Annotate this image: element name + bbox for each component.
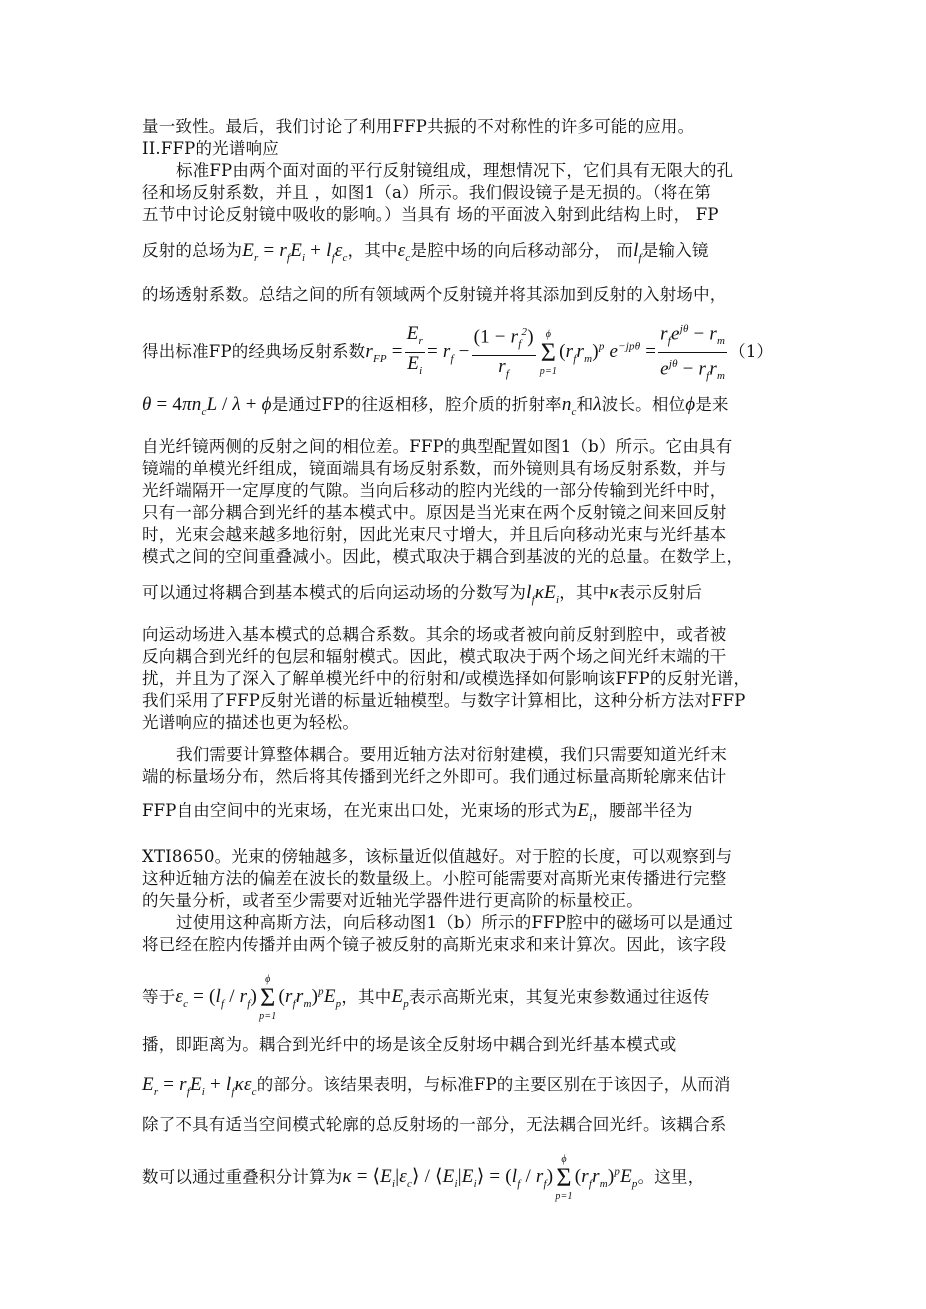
text-span: 表示反射后 [619, 583, 703, 602]
text-line: 只有一部分耦合到光纤的基本模式中。原因是当光束在两个反射镜之间来回反射 [142, 502, 792, 524]
text-line: 这种近轴方法的偏差在波长的数量级上。小腔可能需要对高斯光束传播进行完整 [142, 868, 792, 890]
equation-eps-sum: εc = (lf / rf)ϕΣp=1(rfrm)pEp [175, 986, 341, 1007]
text-span: 得出标准FP的经典场反射系数 [142, 342, 365, 361]
text-line: 五节中讨论反射镜中吸收的影响。）当具有 场的平面波入射到此结构上时， FP [142, 204, 792, 226]
equation-ep: Ep [391, 986, 409, 1007]
text-line: 自光纤镜两侧的反射之间的相位差。FFP的典型配置如图1（b）所示。它由具有 [142, 436, 792, 458]
text-line: 向运动场进入基本模式的总耦合系数。其余的场或者被向前反射到腔中，或者被 [142, 624, 792, 646]
text-span: ，其中 [559, 583, 609, 602]
text-span: ，其中 [341, 987, 391, 1006]
text-span: 的部分。该结果表明，与标准FP的主要区别在于该因子，从而消 [257, 1075, 731, 1094]
text-line: 镜端的单模光纤组成，镜面端具有场反射系数，而外镜则具有场反射系数，并与 [142, 458, 792, 480]
text-line: 扰，并且为了深入了解单模光纤中的衍射和/或模选择如何影响该FFP的反射光谱， [142, 668, 792, 690]
text-line: 将已经在腔内传播并由两个镜子被反射的高斯光束求和来计算次。因此，该字段 [142, 934, 792, 956]
text-span: 反射的总场为 [142, 241, 242, 260]
text-line: 过使用这种高斯方法，向后移动图1（b）所示的FFP腔中的磁场可以是通过 [176, 912, 826, 934]
text-line: 除了不具有适当空间模式轮廓的总反射场的一部分，无法耦合回光纤。该耦合系 [142, 1114, 792, 1136]
section-heading: II.FFP的光谱响应 [142, 138, 792, 160]
text-line: 时，光束会越来越多地衍射，因此光束尺寸增大，并且后向移动光束与光纤基本 [142, 524, 792, 546]
text-span: 波长。相位 [602, 395, 686, 414]
text-span: 等于 [142, 987, 175, 1006]
text-span: 是输入镜 [642, 241, 709, 260]
text-line: 光纤端隔开一定厚度的气隙。当向后移动的腔内光线的一部分传输到光纤中时， [142, 480, 792, 502]
text-line: FFP自由空间中的光束场，在光束出口处，光束场的形式为Ei，腰部半径为 [142, 800, 792, 829]
text-line: 我们采用了FFP反射光谱的标量近轴模型。与数字计算相比，这种分析方法对FFP [142, 690, 792, 712]
text-span: 是通过FP的往返相移，腔介质的折射率 [272, 395, 562, 414]
text-line: 的矢量分析，或者至少需要对近轴光学器件进行更高阶的标量校正。 [142, 890, 792, 912]
equation-kappa: κ [609, 582, 618, 603]
text-line: 端的标量场分布，然后将其传播到光纤之外即可。我们通过标量高斯轮廓来估计 [142, 766, 792, 788]
equation-er2: Er = rfEi + lfκεc [142, 1074, 257, 1095]
equation-lf: lf [633, 240, 642, 261]
text-line: θ = 4πncL / λ + ϕ是通过FP的往返相移，腔介质的折射率nc和λ波… [142, 394, 792, 423]
equation-ei: Ei [577, 800, 592, 821]
text-line: 量一致性。最后，我们讨论了利用FFP共振的不对称性的许多可能的应用。 [142, 116, 792, 138]
text-span: 是腔中场的向后移动部分， 而 [411, 241, 634, 260]
text-line: 标准FP由两个面对面的平行反射镜组成，理想情况下，它们具有无限大的孔 [176, 160, 826, 182]
text-line: 反向耦合到光纤的包层和辐射模式。因此，模式取决于两个场之间光纤末端的干 [142, 646, 792, 668]
text-span: FFP自由空间中的光束场，在光束出口处，光束场的形式为 [142, 801, 577, 820]
text-span: ，其中 [348, 241, 398, 260]
equation-er: Er = rfEi + lfεc [242, 240, 347, 261]
equation-lfkei: lfκEi [526, 582, 559, 603]
equation-phi: ϕ [685, 394, 695, 415]
equation-line-1: 得出标准FP的经典场反射系数rFP =ErEi= rf −(1 − rf2)rf… [142, 318, 792, 387]
text-span: 和 [577, 395, 594, 414]
equation-line-3: 数可以通过重叠积分计算为κ = ⟨Ei|εc⟩ / ⟨Ei|Ei⟩ = (lf … [142, 1150, 792, 1206]
text-span: ，腰部半径为 [592, 801, 692, 820]
equation-number: （1） [729, 342, 773, 361]
text-line: 模式之间的空间重叠减小。因此，模式取决于耦合到基波的光的总量。在数学上， [142, 546, 792, 568]
text-line: 光谱响应的描述也更为轻松。 [142, 712, 792, 734]
equation-kappa-def: κ = ⟨Ei|εc⟩ / ⟨Ei|Ei⟩ = (lf / rf)ϕΣp=1(r… [342, 1166, 637, 1187]
document-page: 量一致性。最后，我们讨论了利用FFP共振的不对称性的许多可能的应用。 II.FF… [0, 0, 926, 1309]
text-line: 径和场反射系数，并且 ，如图1（a）所示。我们假设镜子是无损的。（将在第 [142, 182, 792, 204]
text-line: 的场透射系数。总结之间的所有领域两个反射镜并将其添加到反射的入射场中， [142, 284, 792, 306]
text-span: 是来 [695, 395, 728, 414]
equation-rfp: rFP =ErEi= rf −(1 − rf2)rfϕΣp=1(rfrm)p e… [365, 341, 729, 362]
text-line: 播，即距离为。耦合到光纤中的场是该全反射场中耦合到光纤基本模式或 [142, 1034, 792, 1056]
text-line: 可以通过将耦合到基本模式的后向运动场的分数写为lfκEi，其中κ表示反射后 [142, 582, 792, 611]
text-line: XTI8650。光束的傍轴越多，该标量近似值越好。对于腔的长度，可以观察到与 [142, 846, 792, 868]
text-line: 反射的总场为Er = rfEi + lfεc，其中εc是腔中场的向后移动部分， … [142, 240, 792, 269]
text-span: 数可以通过重叠积分计算为 [142, 1167, 342, 1186]
text-span: 表示高斯光束，其复光束参数通过往返传 [409, 987, 710, 1006]
text-line: Er = rfEi + lfκεc的部分。该结果表明，与标准FP的主要区别在于该… [142, 1074, 792, 1103]
equation-eps-c: εc [398, 240, 411, 261]
equation-theta: θ = 4πncL / λ + ϕ [142, 394, 272, 415]
text-line: 我们需要计算整体耦合。要用近轴方法对衍射建模，我们只需要知道光纤末 [176, 744, 826, 766]
equation-line-2: 等于εc = (lf / rf)ϕΣp=1(rfrm)pEp，其中Ep表示高斯光… [142, 970, 792, 1026]
text-span: 可以通过将耦合到基本模式的后向运动场的分数写为 [142, 583, 526, 602]
text-span: 。这里， [638, 1167, 705, 1186]
equation-nc: nc [562, 394, 577, 415]
equation-lambda: λ [593, 394, 601, 415]
